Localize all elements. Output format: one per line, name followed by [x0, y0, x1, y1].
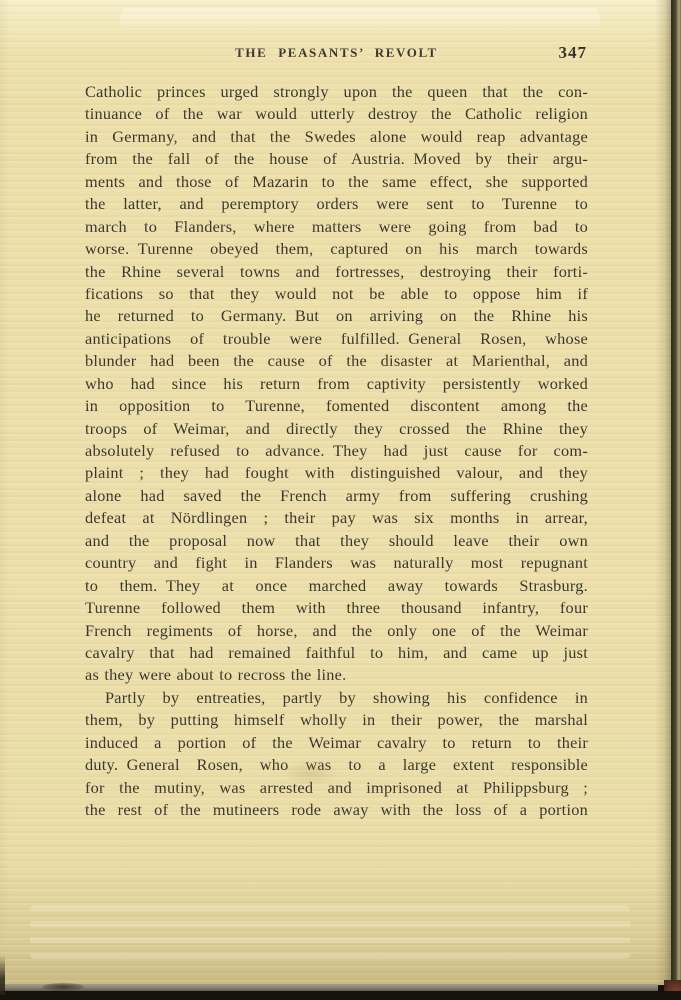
- text-line: tinuance of the war would utterly destro…: [85, 103, 588, 125]
- text-line: as they were about to recross the line.: [85, 664, 588, 686]
- text-line: defeat at Nördlingen ; their pay was six…: [85, 507, 588, 529]
- page-header: THE PEASANTS’ REVOLT 347: [85, 43, 588, 65]
- text-line: in Germany, and that the Swedes alone wo…: [85, 126, 588, 148]
- text-line: anticipations of trouble were fulfilled.…: [85, 328, 588, 350]
- text-line: fications so that they would not be able…: [85, 283, 588, 305]
- text-line: worse. Turenne obeyed them, captured on …: [85, 238, 588, 260]
- text-line: cavalry that had remained faithful to hi…: [85, 642, 588, 664]
- text-line: march to Flanders, where matters were go…: [85, 216, 588, 238]
- text-line: for the mutiny, was arrested and impriso…: [85, 777, 588, 799]
- page-number: 347: [559, 43, 588, 63]
- paper-streak-top: [120, 8, 600, 34]
- text-line: the rest of the mutineers rode away with…: [85, 799, 588, 821]
- running-title: THE PEASANTS’ REVOLT: [85, 45, 588, 61]
- text-line: Catholic princes urged strongly upon the…: [85, 81, 588, 103]
- text-line: in opposition to Turenne, fomented disco…: [85, 395, 588, 417]
- text-line: and the proposal now that they should le…: [85, 530, 588, 552]
- text-line: duty. General Rosen, who was to a large …: [85, 754, 588, 776]
- text-line: who had since his return from captivity …: [85, 373, 588, 395]
- scan-background-left: [0, 955, 5, 995]
- text-line: troops of Weimar, and directly they cros…: [85, 418, 588, 440]
- page-edge-shadow: [655, 0, 671, 985]
- text-line: to them. They at once marched away towar…: [85, 575, 588, 597]
- bottom-edge-shadow: [42, 983, 84, 991]
- text-line: country and fight in Flanders was natura…: [85, 552, 588, 574]
- text-line: from the fall of the house of Austria. M…: [85, 148, 588, 170]
- text-line: he returned to Germany. But on arriving …: [85, 305, 588, 327]
- text-line: ments and those of Mazarin to the same e…: [85, 171, 588, 193]
- book-page: THE PEASANTS’ REVOLT 347 Catholic prince…: [0, 0, 671, 985]
- text-line: plaint ; they had fought with distinguis…: [85, 462, 588, 484]
- text-line: induced a portion of the Weimar cavalry …: [85, 732, 588, 754]
- scan-background-bottom: [0, 991, 681, 1000]
- text-line: them, by putting himself wholly in their…: [85, 709, 588, 731]
- text-line: the latter, and peremptory orders were s…: [85, 193, 588, 215]
- text-line: alone had saved the French army from suf…: [85, 485, 588, 507]
- scanned-book-photo: { "page": { "header": { "title": "THE PE…: [0, 0, 681, 1000]
- book-binding-edge: [671, 0, 681, 1000]
- text-line: absolutely refused to advance. They had …: [85, 440, 588, 462]
- page-text: Catholic princes urged strongly upon the…: [85, 81, 588, 821]
- text-line: Turenne followed them with three thousan…: [85, 597, 588, 619]
- text-line: the Rhine several towns and fortresses, …: [85, 261, 588, 283]
- text-line: French regiments of horse, and the only …: [85, 620, 588, 642]
- text-line: blunder had been the cause of the disast…: [85, 350, 588, 372]
- text-line: Partly by entreaties, partly by showing …: [85, 687, 588, 709]
- paper-streak-bottom: [30, 905, 630, 960]
